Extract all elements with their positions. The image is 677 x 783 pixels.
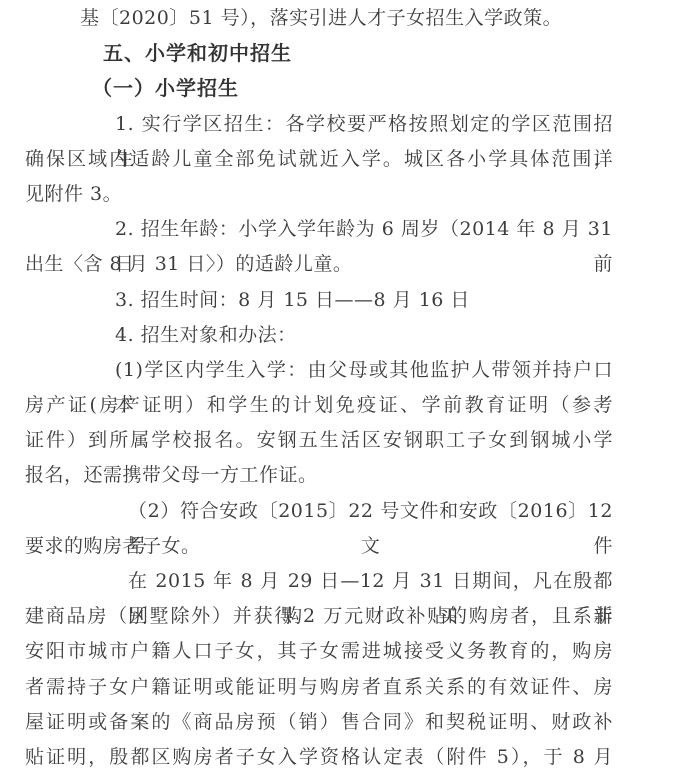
doc-line: 贴证明，殷都区购房者子女入学资格认定表（附件 5），于 8 月 [25, 740, 613, 775]
doc-line: 报名，还需携带父母一方工作证。 [25, 458, 613, 493]
doc-line-sub2: （2）符合安政〔2015〕22 号文件和安政〔2016〕12 号文件 [25, 494, 613, 529]
doc-line: 房产证(房产证明）和学生的计划免疫证、学前教育证明（参考 [25, 388, 613, 423]
doc-line: 见附件 3。 [25, 177, 613, 212]
doc-line-item1: 1. 实行学区招生：各学校要严格按照划定的学区范围招生， [25, 107, 613, 142]
doc-line-carryover: 基〔2020〕51 号），落实引进人才子女招生入学政策。 [25, 1, 613, 36]
doc-line-sub1: (1)学区内学生入学：由父母或其他监护人带领并持户口本、 [25, 353, 613, 388]
doc-line: 证件）到所属学校报名。安钢五生活区安钢职工子女到钢城小学 [25, 423, 613, 458]
doc-line: 者需持子女户籍证明或能证明与购房者直系关系的有效证件、房 [25, 670, 613, 705]
doc-line-paragraph: 在 2015 年 8 月 29 日—12 月 31 日期间，凡在殷都区购买新 [25, 564, 613, 599]
subsection-heading: （一）小学招生 [25, 71, 613, 106]
doc-line-item2: 2. 招生年龄：小学入学年龄为 6 周岁（2014 年 8 月 31 日前 [25, 212, 613, 247]
doc-line-item3: 3. 招生时间：8 月 15 日——8 月 16 日 [25, 283, 613, 318]
doc-line: 建商品房（别墅除外）并获得 2 万元财政补贴的购房者，且系非 [25, 599, 613, 634]
section-heading: 五、小学和初中招生 [25, 36, 613, 71]
doc-line: 确保区域内适龄儿童全部免试就近入学。城区各小学具体范围详 [25, 142, 613, 177]
doc-line-item4: 4. 招生对象和办法： [25, 318, 613, 353]
doc-line: 屋证明或备案的《商品房预（销）售合同》和契税证明、财政补 [25, 705, 613, 740]
document-page: 基〔2020〕51 号），落实引进人才子女招生入学政策。 五、小学和初中招生 （… [0, 0, 677, 783]
doc-line: 安阳市城市户籍人口子女，其子女需进城接受义务教育的，购房 [25, 634, 613, 669]
